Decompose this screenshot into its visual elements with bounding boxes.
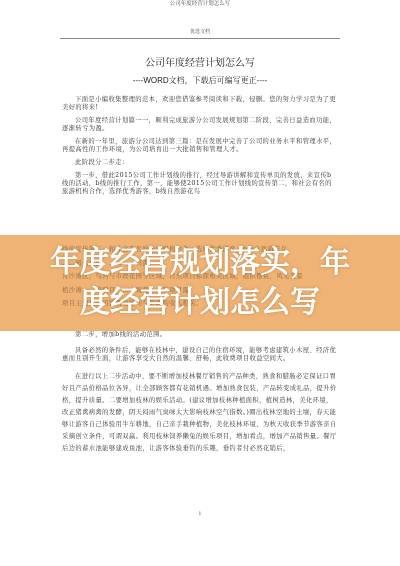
title-banner: 线的宣传第二，和社会有名的旅游机构合作，选择优秀游客，b线自然游花鸟 ……园景花… [0, 235, 400, 331]
paragraph: 第一步，借此2015公司工作计划线的推行，经过导游讲解和宣传单页的发放，来宣传b… [62, 172, 338, 196]
banner-headline: 年度经营规划落实，年 度经营计划怎么写 [0, 235, 400, 331]
banner-headline-line1: 年度经营规划落实，年 [50, 243, 350, 283]
document-title: 公司年度经营计划怎么写 [0, 54, 400, 69]
document-subtitle: ----WORD文档，下载后可编写更正---- [0, 75, 400, 86]
header-label: 优选文档 [0, 28, 400, 35]
body-text-bottom: 第二步，增加b线的活动范围。 具备必然的条件后，能够在枝林中，建设自己的住宿环境… [62, 331, 338, 455]
paragraph: 在进行以上二步活动中，要不断增加枝林餐厅销售的产品种类，熟食和腊肠必定保证口胃好… [62, 371, 338, 455]
paragraph: 第二步，增加b线的活动范围。 [62, 331, 338, 339]
paragraph: 下面是小编收集整理的范本，欢迎您借鉴参考阅读和下载，侵删。您的努力学习是为了更美… [62, 96, 338, 112]
header-divider [60, 38, 340, 39]
paragraph: 公司年度经营计划篇一一，顺利完成旅游分公司发展规划第二阶段，完善日益造血功能，逐… [62, 117, 338, 133]
paragraph: 具备必然的条件后，能够在枝林中，建设自己的住宿环境，能够考虑建筑小木屋、经济优惠… [62, 347, 338, 363]
paragraph: 此阶段分二步走： [62, 159, 338, 167]
body-text-top: 下面是小编收集整理的范本，欢迎您借鉴参考阅读和下载，侵删。您的努力学习是为了更美… [62, 96, 338, 196]
running-header: 公司年度经营计划怎么写 [0, 0, 400, 8]
paragraph: 在新的一年里，旅游分公司达到第三篇：是在发展中完善了公司的业务水平和管理水平，再… [62, 138, 338, 154]
page-number: 1 [0, 511, 400, 517]
banner-headline-line2: 度经营计划怎么写 [80, 283, 320, 323]
